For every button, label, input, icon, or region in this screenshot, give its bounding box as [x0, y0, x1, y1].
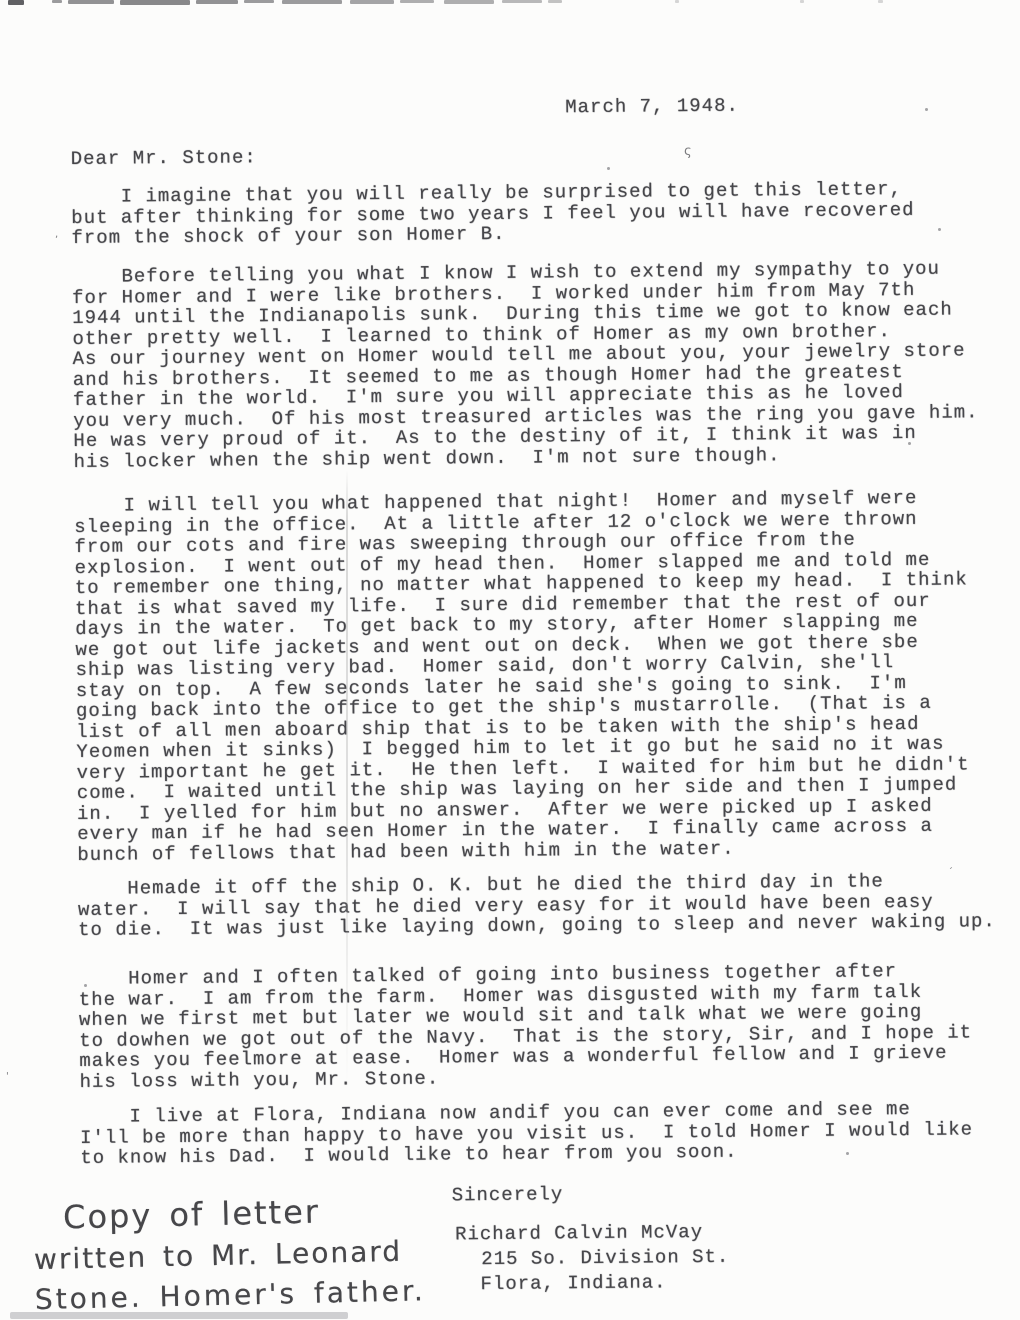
paragraph-1: I imagine that you will really be surpri… [71, 179, 915, 249]
signature-block: Richard Calvin McVay 215 So. Division St… [455, 1220, 730, 1298]
letter-date: March 7, 1948. [565, 96, 739, 118]
scan-artifact: ς [684, 147, 692, 157]
scan-artifact [444, 0, 494, 4]
paragraph-2: Before telling you what I know I wish to… [72, 258, 979, 472]
scan-artifact [908, 442, 911, 445]
scan-edge-artifact-bottom [10, 1312, 348, 1319]
salutation: Dear Mr. Stone: [71, 147, 257, 169]
paragraph-5: Homer and I often talked of going into b… [78, 960, 972, 1092]
scan-artifact [8, 0, 24, 5]
scan-artifact [52, 0, 62, 3]
signature-address-city: Flora, Indiana. [480, 1270, 729, 1297]
scan-artifact [196, 0, 238, 4]
scan-artifact [282, 0, 342, 4]
scan-artifact [400, 0, 434, 3]
scan-artifact [925, 108, 928, 111]
text-line: Copy of letter [63, 1192, 394, 1236]
scan-artifact [800, 0, 804, 3]
scan-artifact [607, 167, 610, 170]
scan-artifact [120, 0, 190, 5]
scan-artifact: , [55, 230, 58, 240]
paragraph-6: I live at Flora, Indiana now andif you c… [80, 1098, 973, 1168]
scan-artifact [675, 0, 679, 3]
scan-artifact [84, 984, 87, 987]
closing: Sincerely [452, 1184, 564, 1206]
scan-artifact [68, 0, 114, 4]
scanned-letter-page: March 7, 1948. Dear Mr. Stone: I imagine… [0, 0, 1020, 1320]
scan-artifact [846, 1152, 849, 1155]
paper-crease [346, 470, 348, 1085]
paragraph-3: I will tell you what happened that night… [74, 487, 970, 865]
scan-artifact [548, 0, 562, 3]
scan-artifact [938, 228, 941, 231]
signature-name: Richard Calvin McVay [455, 1220, 729, 1248]
signature-address-street: 215 So. Division St. [481, 1245, 729, 1272]
scan-artifact [350, 0, 394, 4]
scan-artifact [502, 0, 542, 3]
scan-artifact: ' [6, 1072, 9, 1082]
scan-artifact [878, 0, 883, 3]
handwritten-annotation: Copy of letterwritten to Mr. LeonardSton… [33, 1192, 396, 1318]
paragraph-4: Hemade it off the ship O. K. but he died… [78, 870, 996, 940]
text-line: written to Mr. Leonard [34, 1233, 395, 1278]
scan-artifact [244, 0, 274, 3]
typed-letter: March 7, 1948. Dear Mr. Stone: I imagine… [70, 79, 1020, 1288]
scan-artifact: ´ [948, 868, 953, 878]
